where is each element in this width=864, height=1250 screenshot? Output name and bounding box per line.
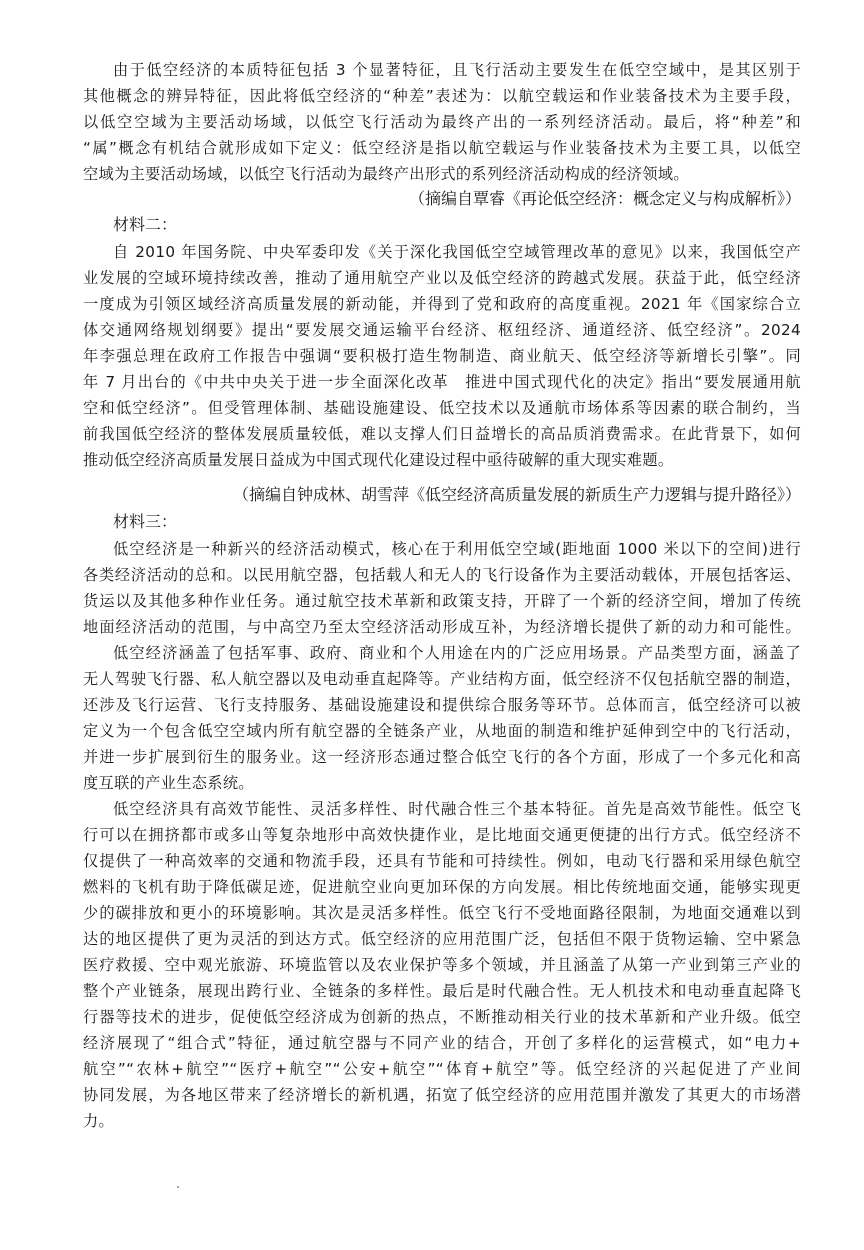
text-line: 一度成为引领区域经济高质量发展的新动能，并得到了党和政府的高度重视。2021 年…: [83, 291, 801, 317]
text-line: 经济展现了“组合式”特征，通过航空器与不同产业的结合，开创了多样化的运营模式，如…: [83, 1030, 801, 1056]
text-line: 由于低空经济的本质特征包括 3 个显著特征，且飞行活动主要发生在低空空域中，是其…: [113, 57, 801, 83]
text-line: 度互联的产业生态系统。: [83, 770, 801, 796]
text-line: 仅提供了一种高效率的交通和物流手段，还具有节能和可持续性。例如，电动飞行器和采用…: [83, 848, 801, 874]
text-line: 燃料的飞机有助于降低碳足迹，促进航空业向更加环保的方向发展。相比传统地面交通，能…: [83, 874, 801, 900]
text-line: 并进一步扩展到衍生的服务业。这一经济形态通过整合低空飞行的各个方面，形成了一个多…: [83, 744, 801, 770]
text-line: 少的碳排放和更小的环境影响。其次是灵活多样性。低空飞行不受地面路径限制，为地面交…: [83, 900, 801, 926]
text-line: 还涉及飞行运营、飞行支持服务、基础设施建设和提供综合服务等环节。总体而言，低空经…: [83, 692, 801, 718]
text-line: 低空经济是一种新兴的经济活动模式，核心在于利用低空空域(距地面 1000 米以下…: [113, 536, 801, 562]
text-line: 空和低空经济”。但受管理体制、基础设施建设、低空技术以及通航市场体系等因素的联合…: [83, 395, 801, 421]
text-line: 低空经济具有高效节能性、灵活多样性、时代融合性三个基本特征。首先是高效节能性。低…: [113, 796, 801, 822]
text-line: 货运以及其他多种作业任务。通过航空技术革新和政策支持，开辟了一个新的经济空间，增…: [83, 588, 801, 614]
text-line: 以低空空域为主要活动场域，以低空飞行活动为最终产出的一系列经济活动。最后，将“种…: [83, 109, 801, 135]
text-line: 整个产业链条，展现出跨行业、全链条的多样性。最后是时代融合性。无人机技术和电动垂…: [83, 978, 801, 1004]
text-line: 无人驾驶飞行器、私人航空器以及电动垂直起降等。产业结构方面，低空经济不仅包括航空…: [83, 666, 801, 692]
text-line: 行器等技术的进步，促使低空经济成为创新的热点，不断推动相关行业的技术革新和产业升…: [83, 1004, 801, 1030]
text-line: 年 7 月出台的《中共中央关于进一步全面深化改革 推进中国式现代化的决定》指出“…: [83, 369, 801, 395]
document-page: 由于低空经济的本质特征包括 3 个显著特征，且飞行活动主要发生在低空空域中，是其…: [0, 0, 864, 1250]
text-line: 航空”“农林+航空”“医疗+航空”“公安+航空”“体育+航空”等。低空经济的兴起…: [83, 1056, 801, 1082]
stray-dot-mark: [177, 1186, 179, 1188]
text-line: 医疗救援、空中观光旅游、环境监管以及农业保护等多个领域，并且涵盖了从第一产业到第…: [83, 952, 801, 978]
text-line: “属”概念有机结合就形成如下定义：低空经济是指以航空载运与作业装备技术为主要工具…: [83, 135, 801, 161]
text-line: 达的地区提供了更为灵活的到达方式。低空经济的应用范围广泛，包括但不限于货物运输、…: [83, 926, 801, 952]
text-line: 定义为一个包含低空空域内所有航空器的全链条产业，从地面的制造和维护延伸到空中的飞…: [83, 718, 801, 744]
text-line: 低空经济涵盖了包括军事、政府、商业和个人用途在内的广泛应用场景。产品类型方面，涵…: [113, 640, 801, 666]
text-line: 自 2010 年国务院、中央军委印发《关于深化我国低空空域管理改革的意见》以来，…: [113, 239, 801, 265]
text-line: 推动低空经济高质量发展日益成为中国式现代化建设过程中亟待破解的重大现实难题。: [83, 447, 801, 473]
source-citation: （摘编自钟成林、胡雪萍《低空经济高质量发展的新质生产力逻辑与提升路径》）: [233, 483, 801, 509]
source-citation: （摘编自覃睿《再论低空经济：概念定义与构成解析》）: [409, 187, 801, 213]
text-line: 行可以在拥挤都市或多山等复杂地形中高效快捷作业，是比地面交通更便捷的出行方式。低…: [83, 822, 801, 848]
text-line: 年李强总理在政府工作报告中强调“要积极打造生物制造、商业航天、低空经济等新增长引…: [83, 343, 801, 369]
material-3-heading: 材料三：: [113, 510, 177, 536]
text-line: 前我国低空经济的整体发展质量较低，难以支撑人们日益增长的高品质消费需求。在此背景…: [83, 421, 801, 447]
text-line: 业发展的空域环境持续改善，推动了通用航空产业以及低空经济的跨越式发展。获益于此，…: [83, 265, 801, 291]
text-line: 协同发展，为各地区带来了经济增长的新机遇，拓宽了低空经济的应用范围并激发了其更大…: [83, 1082, 801, 1108]
text-line: 其他概念的辨异特征，因此将低空经济的“种差”表述为：以航空载运和作业装备技术为主…: [83, 83, 801, 109]
text-line: 力。: [83, 1108, 801, 1134]
text-line: 各类经济活动的总和。以民用航空器，包括载人和无人的飞行设备作为主要活动载体，开展…: [83, 562, 801, 588]
text-line: 体交通网络规划纲要》提出“要发展交通运输平台经济、枢纽经济、通道经济、低空经济”…: [83, 317, 801, 343]
text-line: 地面经济活动的范围，与中高空乃至太空经济活动形成互补，为经济增长提供了新的动力和…: [83, 614, 801, 640]
material-2-heading: 材料二：: [113, 213, 177, 239]
text-line: 空域为主要活动场域，以低空飞行活动为最终产出形式的系列经济活动构成的经济领域。: [83, 161, 801, 187]
